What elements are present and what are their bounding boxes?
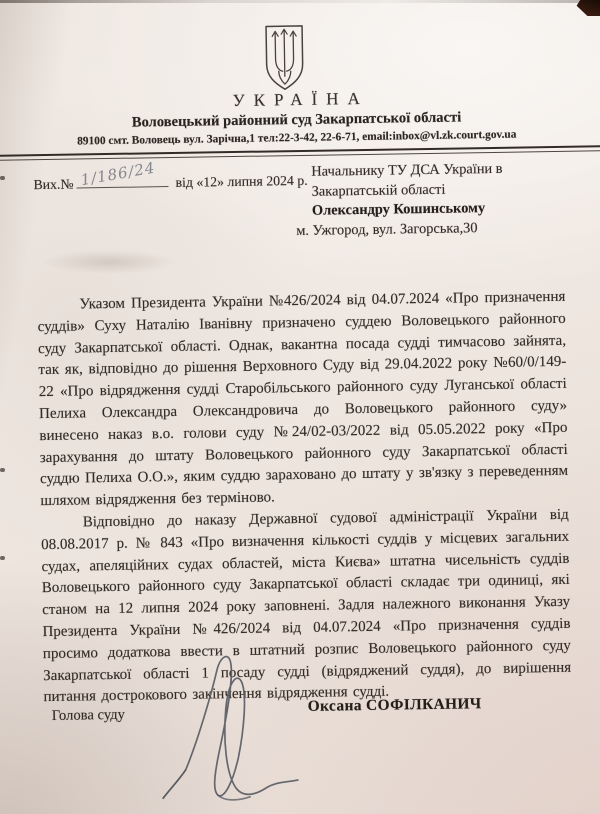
reference-line: Вих.№1/186/24від «12» липня 2024 р. xyxy=(33,168,307,193)
handwritten-signature xyxy=(153,650,303,810)
letter-content: УКРАЇНА Воловецький районний суд Закарпа… xyxy=(0,0,600,814)
outgoing-number-label: Вих.№ xyxy=(33,177,73,193)
body-paragraph-2: Відповідно до наказу Державної судової а… xyxy=(41,505,572,709)
ukraine-trident-emblem-icon xyxy=(260,24,309,93)
recipient-block: Начальнику ТУ ДСА України в Закарпатські… xyxy=(295,159,564,242)
outgoing-number-blank: 1/186/24 xyxy=(76,170,168,188)
recipient-address: м. Ужгород, вул. Загорська,30 xyxy=(296,218,564,242)
outgoing-number-handwritten: 1/186/24 xyxy=(79,158,156,189)
letter-body: Указом Президента України №426/2024 від … xyxy=(37,287,571,709)
scanned-letter-page: УКРАЇНА Воловецький районний суд Закарпа… xyxy=(0,0,600,814)
signer-name: Оксана СОФІЛКАНИЧ xyxy=(308,695,482,716)
signer-title: Голова суду xyxy=(52,707,125,725)
letter-date: від «12» липня 2024 р. xyxy=(175,173,307,190)
body-paragraph-1: Указом Президента України №426/2024 від … xyxy=(37,287,568,513)
